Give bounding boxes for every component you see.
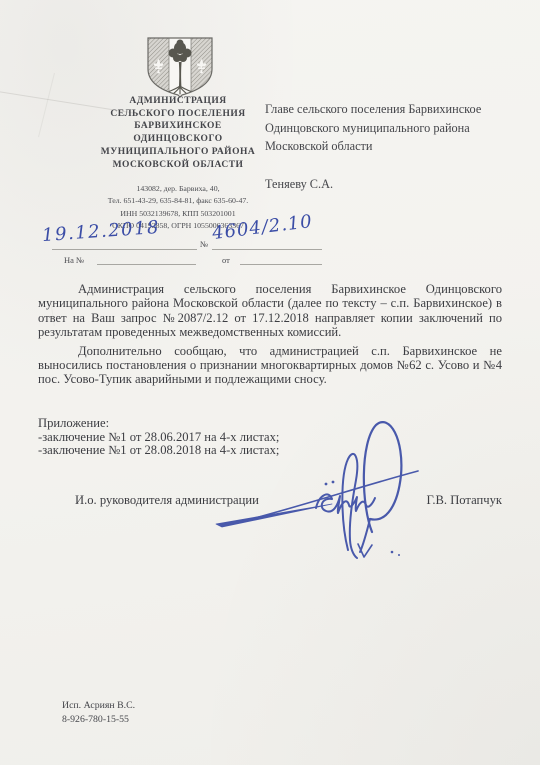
number-underline (212, 249, 322, 250)
reply-to-number-label: На № (64, 255, 84, 265)
reply-date-underline (240, 264, 322, 265)
number-sign-label: № (200, 239, 208, 249)
executor-block: Исп. Асриян В.С. 8-926-780-15-55 (62, 699, 135, 726)
reply-number-underline (97, 264, 196, 265)
addressee-block: Главе сельского поселения Барвихинское О… (265, 100, 515, 193)
reply-from-label: от (222, 255, 230, 265)
addressee-name: Теняеву С.А. (265, 175, 515, 194)
requisite-line: Тел. 651-43-29, 635-84-81, факс 635-60-4… (33, 195, 323, 207)
body-paragraph-1: Администрация сельского поселения Барвих… (38, 282, 502, 340)
signer-name: Г.В. Потапчук (426, 493, 502, 508)
executor-name: Исп. Асриян В.С. (62, 699, 135, 713)
date-underline (52, 249, 197, 250)
coat-of-arms-icon (140, 36, 220, 98)
addressee-line: Московской области (265, 137, 515, 156)
addressee-line: Одинцовского муниципального района (265, 119, 515, 138)
body-paragraph-2: Дополнительно сообщаю, что администрацие… (38, 344, 502, 387)
letter-body: Администрация сельского поселения Барвих… (38, 282, 502, 387)
scanned-letter-page: АДМИНИСТРАЦИЯ СЕЛЬСКОГО ПОСЕЛЕНИЯ БАРВИХ… (0, 0, 540, 765)
executor-phone: 8-926-780-15-55 (62, 713, 135, 727)
addressee-line: Главе сельского поселения Барвихинское (265, 100, 515, 119)
handwritten-signature (212, 418, 422, 568)
